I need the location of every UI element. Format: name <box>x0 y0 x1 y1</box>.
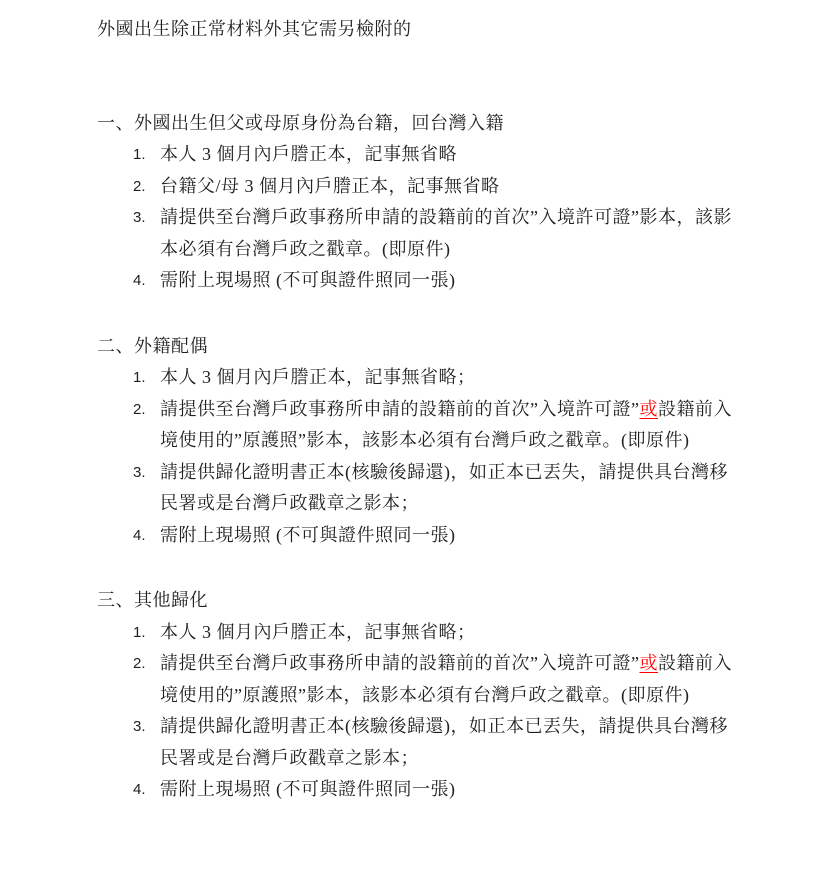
section-foreign-spouse: 二、外籍配偶 1. 本人 3 個月內戶謄正本，記事無省略； 2. 請提供至台灣戶… <box>97 331 839 552</box>
list-item: 4. 需附上現場照 (不可與證件照同一張) <box>133 520 839 552</box>
item-number: 2. <box>133 171 160 203</box>
list-item: 2. 請提供至台灣戶政事務所申請的設籍前的首次”入境許可證”或設籍前入境使用的”… <box>133 648 839 711</box>
list-item: 3. 請提供歸化證明書正本(核驗後歸還)，如正本已丟失，請提供具台灣移民署或是台… <box>133 457 839 520</box>
item-text-segment: 請提供至台灣戶政事務所申請的設籍前的首次”入境許可證” <box>160 653 639 673</box>
item-text-segment: 本人 3 個月內戶謄正本，記事無省略； <box>160 622 476 642</box>
item-number: 2. <box>133 394 160 426</box>
document-page: 外國出生除正常材料外其它需另檢附的 一、外國出生但父或母原身份為台籍，回台灣入籍… <box>0 0 839 873</box>
item-text: 請提供歸化證明書正本(核驗後歸還)，如正本已丟失，請提供具台灣移民署或是台灣戶政… <box>160 457 741 520</box>
list-item: 2. 台籍父/母 3 個月內戶謄正本，記事無省略 <box>133 171 839 203</box>
item-text-red-segment: 或 <box>639 653 658 673</box>
item-number: 3. <box>133 457 160 489</box>
item-number: 2. <box>133 648 160 680</box>
item-text-red-segment: 或 <box>639 399 658 419</box>
item-text: 本人 3 個月內戶謄正本，記事無省略； <box>160 362 741 394</box>
item-text-segment: 需附上現場照 (不可與證件照同一張) <box>160 779 456 799</box>
list-item: 3. 請提供至台灣戶政事務所申請的設籍前的首次”入境許可證”影本，該影本必須有台… <box>133 202 839 265</box>
item-text-segment: 本人 3 個月內戶謄正本，記事無省略 <box>160 144 457 164</box>
item-text: 台籍父/母 3 個月內戶謄正本，記事無省略 <box>160 171 741 203</box>
section-heading: 三、其他歸化 <box>97 585 839 617</box>
item-text: 需附上現場照 (不可與證件照同一張) <box>160 265 741 297</box>
item-number: 1. <box>133 617 160 649</box>
item-text-segment: 請提供歸化證明書正本(核驗後歸還)，如正本已丟失，請提供具台灣移民署或是台灣戶政… <box>160 716 728 768</box>
item-text: 本人 3 個月內戶謄正本，記事無省略 <box>160 139 741 171</box>
item-number: 3. <box>133 711 160 743</box>
item-text-segment: 本人 3 個月內戶謄正本，記事無省略； <box>160 367 476 387</box>
item-number: 4. <box>133 520 160 552</box>
item-number: 4. <box>133 774 160 806</box>
item-text: 請提供至台灣戶政事務所申請的設籍前的首次”入境許可證”影本，該影本必須有台灣戶政… <box>160 202 741 265</box>
item-number: 3. <box>133 202 160 234</box>
item-text: 本人 3 個月內戶謄正本，記事無省略； <box>160 617 741 649</box>
item-text: 需附上現場照 (不可與證件照同一張) <box>160 774 741 806</box>
item-text-segment: 請提供歸化證明書正本(核驗後歸還)，如正本已丟失，請提供具台灣移民署或是台灣戶政… <box>160 462 728 514</box>
list-item: 4. 需附上現場照 (不可與證件照同一張) <box>133 265 839 297</box>
item-text-segment: 請提供至台灣戶政事務所申請的設籍前的首次”入境許可證”影本，該影本必須有台灣戶政… <box>160 207 732 259</box>
item-text: 請提供歸化證明書正本(核驗後歸還)，如正本已丟失，請提供具台灣移民署或是台灣戶政… <box>160 711 741 774</box>
item-number: 1. <box>133 139 160 171</box>
section-foreign-born: 一、外國出生但父或母原身份為台籍，回台灣入籍 1. 本人 3 個月內戶謄正本，記… <box>97 108 839 297</box>
list-item: 1. 本人 3 個月內戶謄正本，記事無省略 <box>133 139 839 171</box>
page-title: 外國出生除正常材料外其它需另檢附的 <box>97 14 839 46</box>
item-number: 1. <box>133 362 160 394</box>
item-text-segment: 請提供至台灣戶政事務所申請的設籍前的首次”入境許可證” <box>160 399 639 419</box>
item-text: 需附上現場照 (不可與證件照同一張) <box>160 520 741 552</box>
item-text: 請提供至台灣戶政事務所申請的設籍前的首次”入境許可證”或設籍前入境使用的”原護照… <box>160 394 741 457</box>
item-text-segment: 需附上現場照 (不可與證件照同一張) <box>160 525 456 545</box>
list-item: 1. 本人 3 個月內戶謄正本，記事無省略； <box>133 362 839 394</box>
list-item: 2. 請提供至台灣戶政事務所申請的設籍前的首次”入境許可證”或設籍前入境使用的”… <box>133 394 839 457</box>
item-number: 4. <box>133 265 160 297</box>
section-other-naturalization: 三、其他歸化 1. 本人 3 個月內戶謄正本，記事無省略； 2. 請提供至台灣戶… <box>97 585 839 806</box>
list-item: 1. 本人 3 個月內戶謄正本，記事無省略； <box>133 617 839 649</box>
section-heading: 一、外國出生但父或母原身份為台籍，回台灣入籍 <box>97 108 839 140</box>
item-text: 請提供至台灣戶政事務所申請的設籍前的首次”入境許可證”或設籍前入境使用的”原護照… <box>160 648 741 711</box>
item-text-segment: 需附上現場照 (不可與證件照同一張) <box>160 270 456 290</box>
item-text-segment: 台籍父/母 3 個月內戶謄正本，記事無省略 <box>160 176 500 196</box>
list-item: 3. 請提供歸化證明書正本(核驗後歸還)，如正本已丟失，請提供具台灣移民署或是台… <box>133 711 839 774</box>
list-item: 4. 需附上現場照 (不可與證件照同一張) <box>133 774 839 806</box>
section-heading: 二、外籍配偶 <box>97 331 839 363</box>
